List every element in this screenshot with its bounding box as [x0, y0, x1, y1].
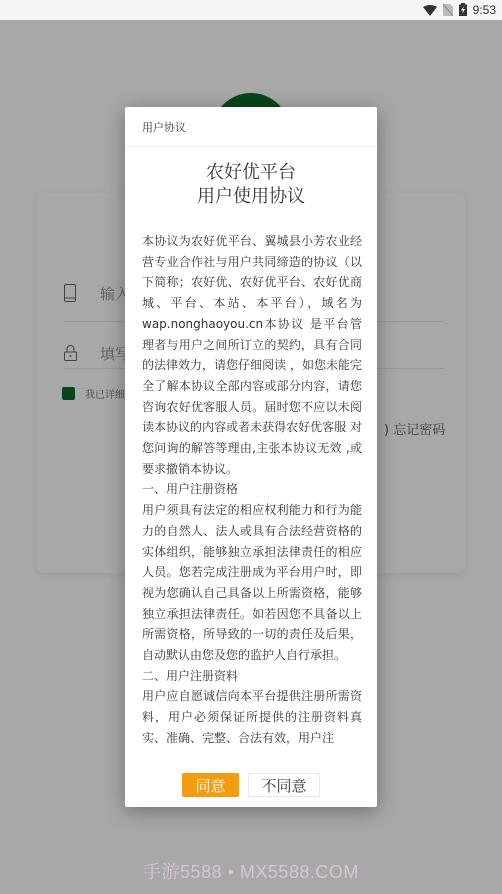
agree-button[interactable]: 同意	[182, 773, 239, 797]
status-bar: 9:53	[0, 0, 502, 20]
section-heading: 二、用户注册资料	[142, 666, 362, 687]
clock: 9:53	[473, 3, 496, 17]
dialog-buttons: 同意 不同意	[125, 773, 377, 797]
watermark: 手游5588 • MX5588.COM	[0, 858, 502, 884]
wifi-icon	[423, 1, 437, 20]
battery-charging-icon	[459, 1, 467, 20]
user-agreement-dialog: 用户协议 农好优平台 用户使用协议 本协议为农好优平台、翼城县小芳农业经营专业合…	[125, 107, 377, 807]
paragraph: 用户应自愿诚信向本平台提供注册所需资料，用户必须保证所提供的注册资料真实、准确、…	[142, 686, 362, 748]
dialog-header: 用户协议	[125, 107, 377, 147]
disagree-button[interactable]: 不同意	[248, 773, 320, 797]
agreement-text[interactable]: 本协议为农好优平台、翼城县小芳农业经营专业合作社与用户共同缔造的协议（以下简称；…	[142, 231, 362, 767]
no-sim-icon	[443, 1, 453, 20]
dialog-title: 农好优平台 用户使用协议	[125, 161, 377, 209]
paragraph: 本协议为农好优平台、翼城县小芳农业经营专业合作社与用户共同缔造的协议（以下简称；…	[142, 231, 362, 479]
title-line-2: 用户使用协议	[125, 185, 377, 209]
title-line-1: 农好优平台	[125, 161, 377, 185]
paragraph: 用户须具有法定的相应权利能力和行为能力的自然人、法人或具有合法经营资格的实体组织…	[142, 500, 362, 666]
section-heading: 一、用户注册资格	[142, 479, 362, 500]
